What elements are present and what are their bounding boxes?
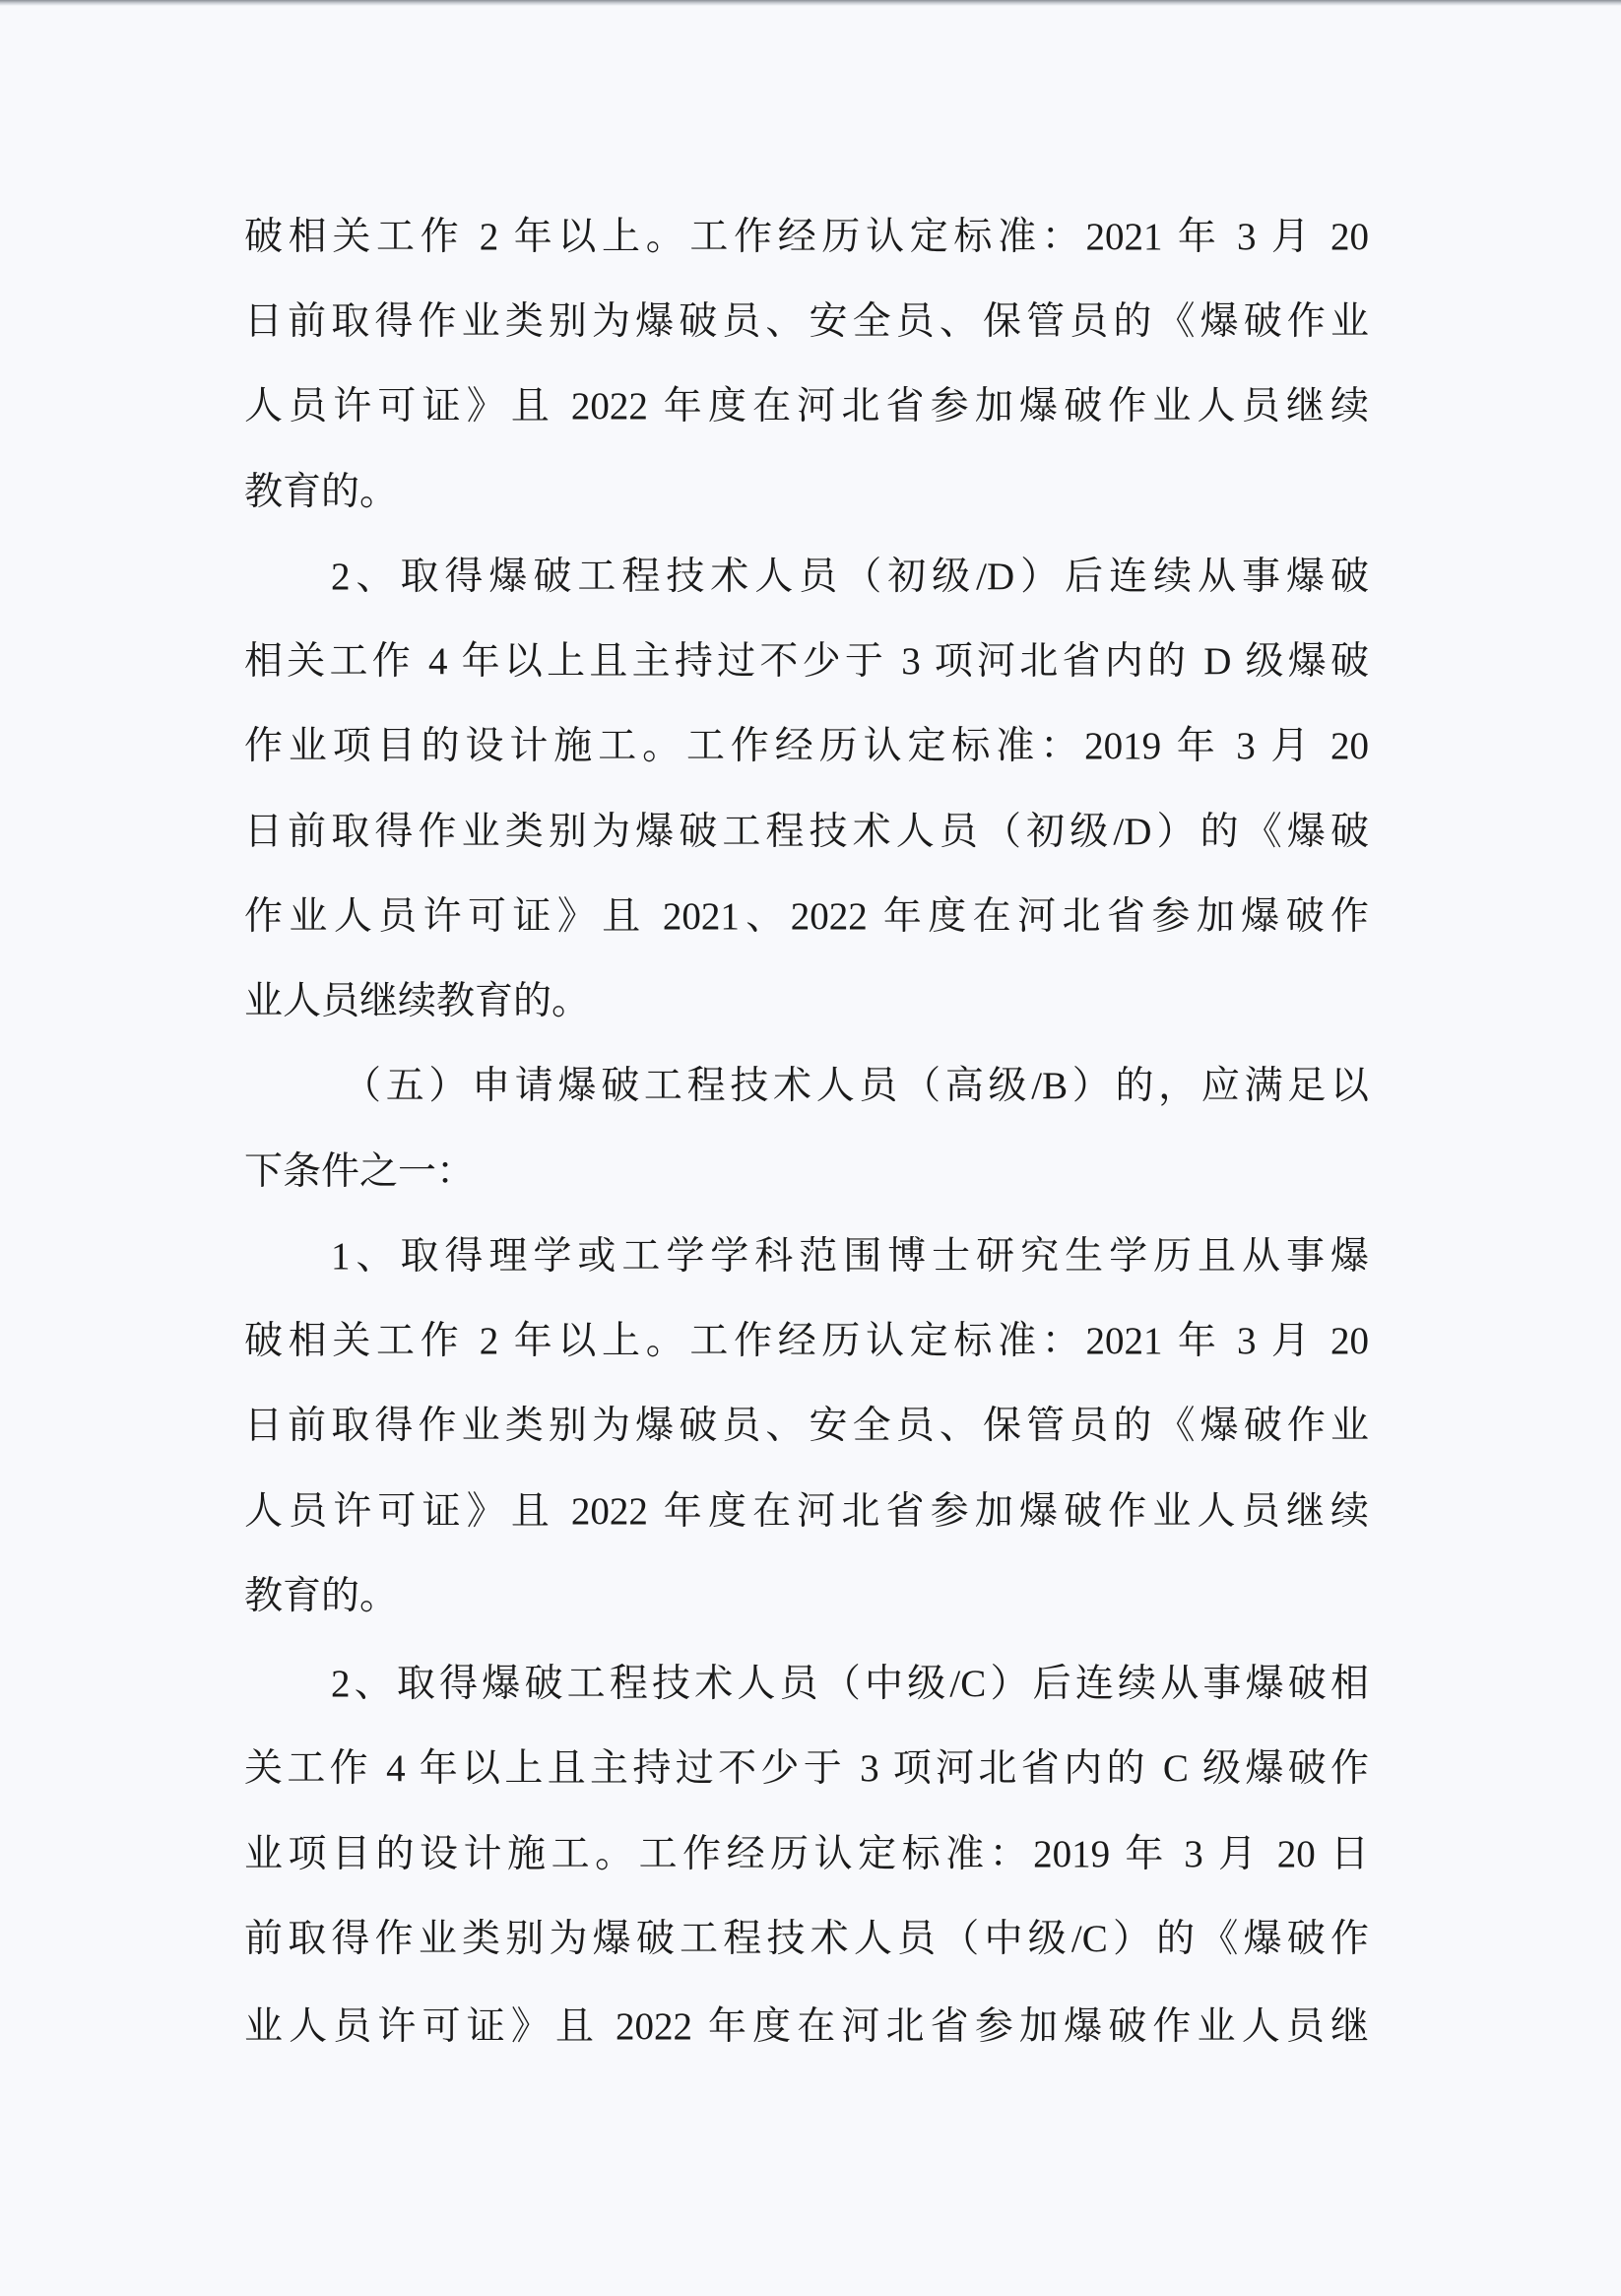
text-line: 人员许可证》且 2022 年度在河北省参加爆破作业人员继续	[244, 384, 1369, 429]
text-line: 作业项目的设计施工。工作经历认定标准：2019 年 3 月 20	[244, 724, 1369, 769]
text-line: 日前取得作业类别为爆破员、安全员、保管员的《爆破作业	[244, 1404, 1369, 1449]
text-line: 业人员继续教育的。	[244, 979, 1369, 1024]
text-line: 业人员许可证》且 2022 年度在河北省参加爆破作业人员继	[244, 2004, 1369, 2050]
text-line: 下条件之一：	[244, 1149, 1369, 1195]
text-line: （五）申请爆破工程技术人员（高级/B）的，应满足以	[343, 1064, 1369, 1109]
text-line: 破相关工作 2 年以上。工作经历认定标准：2021 年 3 月 20	[244, 1319, 1369, 1364]
text-line: 业项目的设计施工。工作经历认定标准：2019 年 3 月 20 日	[244, 1832, 1369, 1877]
text-line: 教育的。	[244, 1574, 1369, 1619]
scan-edge	[0, 0, 1621, 6]
text-line: 关工作 4 年以上且主持过不少于 3 项河北省内的 C 级爆破作	[244, 1746, 1369, 1792]
text-line: 1、取得理学或工学学科范围博士研究生学历且从事爆	[331, 1234, 1369, 1279]
text-line: 日前取得作业类别为爆破工程技术人员（初级/D）的《爆破	[244, 810, 1369, 855]
text-line: 教育的。	[244, 470, 1369, 515]
text-line: 人员许可证》且 2022 年度在河北省参加爆破作业人员继续	[244, 1489, 1369, 1535]
text-line: 破相关工作 2 年以上。工作经历认定标准：2021 年 3 月 20	[244, 215, 1369, 260]
text-line: 2、取得爆破工程技术人员（中级/C）后连续从事爆破相	[331, 1662, 1369, 1707]
text-line: 前取得作业类别为爆破工程技术人员（中级/C）的《爆破作	[244, 1917, 1369, 1962]
text-line: 日前取得作业类别为爆破员、安全员、保管员的《爆破作业	[244, 299, 1369, 345]
text-line: 2、取得爆破工程技术人员（初级/D）后连续从事爆破	[331, 555, 1369, 600]
text-line: 作业人员许可证》且 2021、2022 年度在河北省参加爆破作	[244, 894, 1369, 940]
text-line: 相关工作 4 年以上且主持过不少于 3 项河北省内的 D 级爆破	[244, 639, 1369, 685]
